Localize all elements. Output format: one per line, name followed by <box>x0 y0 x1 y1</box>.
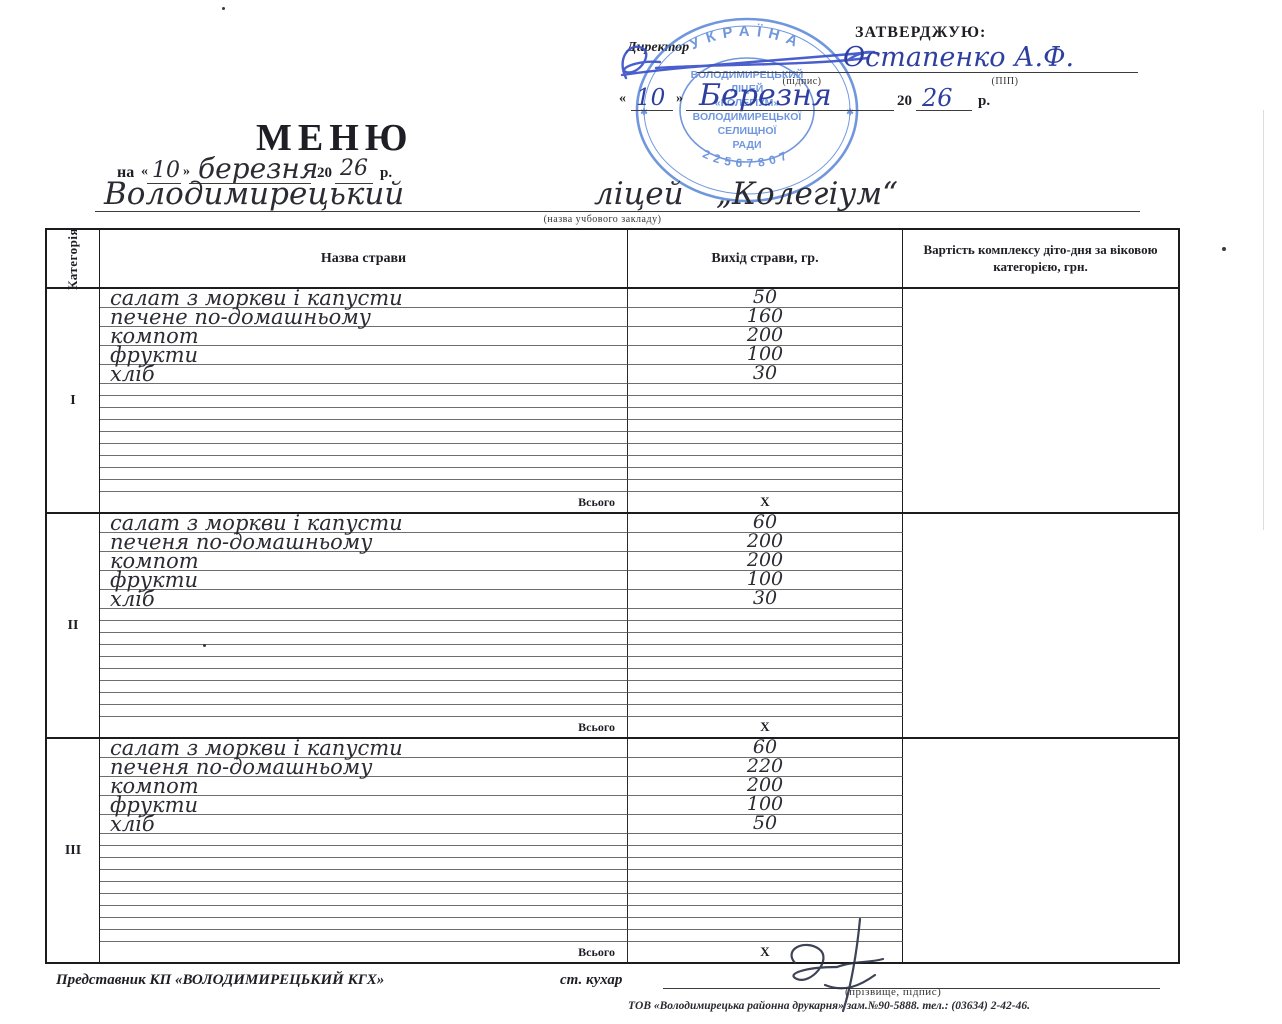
approval-date-close-quote: » <box>676 91 683 107</box>
empty-output-cell <box>628 657 903 669</box>
total-value: Х <box>628 492 903 512</box>
empty-output-cell <box>628 456 903 468</box>
empty-dish-cell <box>100 858 628 870</box>
empty-output-cell <box>628 621 903 633</box>
empty-output-cell <box>628 444 903 456</box>
menu-table: Категорія Назва страви Вихід страви, гр.… <box>45 228 1180 964</box>
total-value: Х <box>628 717 903 737</box>
empty-dish-cell <box>100 645 628 657</box>
approval-date-month: Березня <box>699 78 832 113</box>
empty-dish-cell <box>100 930 628 942</box>
category-label: ІІІ <box>47 739 100 962</box>
empty-dish-cell <box>100 906 628 918</box>
empty-output-cell <box>628 468 903 480</box>
director-name-handwritten: Остапенко А.Ф. <box>843 42 1074 73</box>
empty-output-cell <box>628 846 903 858</box>
empty-dish-cell <box>100 480 628 492</box>
empty-dish-cell <box>100 408 628 420</box>
dish-name: хліб <box>100 365 628 384</box>
category-label: І <box>47 289 100 512</box>
header-dish: Назва страви <box>100 230 628 287</box>
menu-table-header: Категорія Назва страви Вихід страви, гр.… <box>47 230 1178 289</box>
empty-dish-cell <box>100 834 628 846</box>
empty-output-cell <box>628 669 903 681</box>
cost-cell-empty <box>903 514 1178 737</box>
empty-output-cell <box>628 408 903 420</box>
empty-dish-cell <box>100 894 628 906</box>
stamp-line: СЕЛИЩНОЇ <box>718 124 778 137</box>
cost-cell-empty <box>903 739 1178 962</box>
empty-output-cell <box>628 396 903 408</box>
name-caption: (ПІП) <box>975 76 1035 87</box>
empty-output-cell <box>628 834 903 846</box>
school-name-part3: „Колегіум“ <box>716 176 898 212</box>
empty-dish-cell <box>100 705 628 717</box>
empty-output-cell <box>628 705 903 717</box>
empty-dish-cell <box>100 669 628 681</box>
category-label: ІІ <box>47 514 100 737</box>
cost-cell-empty <box>903 289 1178 512</box>
day-underline <box>631 110 673 111</box>
empty-output-cell <box>628 645 903 657</box>
stamp-star-right: ✱ <box>846 107 854 117</box>
empty-output-cell <box>628 420 903 432</box>
total-label: Всього <box>100 717 628 737</box>
school-caption: (назва учбового закладу) <box>500 214 705 225</box>
school-name-part1: Володимирецький <box>104 176 404 212</box>
empty-dish-cell <box>100 444 628 456</box>
dish-output: 30 <box>628 365 903 384</box>
scanned-menu-document: ЗАТВЕРДЖУЮ: Директор УКРАЇНА 22567807 ВО… <box>0 0 1282 1024</box>
empty-output-cell <box>628 681 903 693</box>
year-underline <box>916 110 972 111</box>
printer-info: ТОВ «Володимирецька районна друкарня» за… <box>628 1000 1030 1012</box>
empty-output-cell <box>628 693 903 705</box>
empty-dish-cell <box>100 918 628 930</box>
school-name-part2: ліцей <box>594 176 684 212</box>
approval-year-handwritten: 26 <box>922 84 953 112</box>
category-block-3: ІІІсалат з моркви і капусти60печеня по-д… <box>47 739 1178 962</box>
empty-dish-cell <box>100 846 628 858</box>
approval-year-prefix: 20 <box>897 93 912 110</box>
header-category: Категорія <box>47 230 100 287</box>
scan-edge-line <box>1263 110 1264 530</box>
signature-line <box>697 72 1138 73</box>
total-label: Всього <box>100 942 628 962</box>
approval-date-open-quote: « <box>619 91 626 107</box>
empty-output-cell <box>628 882 903 894</box>
cook-label: ст. кухар <box>560 972 622 989</box>
category-block-1: Ісалат з моркви і капусти50печене по-дом… <box>47 289 1178 514</box>
empty-dish-cell <box>100 456 628 468</box>
dish-name: хліб <box>100 590 628 609</box>
empty-dish-cell <box>100 693 628 705</box>
dish-name: фрукти <box>100 796 628 815</box>
empty-dish-cell <box>100 468 628 480</box>
empty-dish-cell <box>100 396 628 408</box>
empty-output-cell <box>628 633 903 645</box>
empty-dish-cell <box>100 420 628 432</box>
empty-dish-cell <box>100 633 628 645</box>
empty-output-cell <box>628 870 903 882</box>
scan-artifact-dot <box>203 644 206 647</box>
dish-name: хліб <box>100 815 628 834</box>
dish-name: фрукти <box>100 346 628 365</box>
menu-table-body: Ісалат з моркви і капусти50печене по-дом… <box>47 289 1178 962</box>
dish-name: фрукти <box>100 571 628 590</box>
empty-dish-cell <box>100 882 628 894</box>
scan-artifact-dot <box>222 7 225 10</box>
empty-output-cell <box>628 609 903 621</box>
empty-output-cell <box>628 894 903 906</box>
category-block-2: ІІсалат з моркви і капусти60печеня по-до… <box>47 514 1178 739</box>
total-label: Всього <box>100 492 628 512</box>
header-category-label: Категорія <box>65 227 81 289</box>
empty-output-cell <box>628 858 903 870</box>
empty-dish-cell <box>100 384 628 396</box>
header-cost: Вартість комплексу діто-дня за віковою к… <box>903 230 1178 287</box>
empty-output-cell <box>628 480 903 492</box>
empty-dish-cell <box>100 609 628 621</box>
approval-date-day: 10 <box>636 85 665 111</box>
scan-artifact-dot <box>1222 247 1226 251</box>
empty-dish-cell <box>100 657 628 669</box>
dish-output: 30 <box>628 590 903 609</box>
approval-year-suffix: р. <box>978 93 990 110</box>
empty-dish-cell <box>100 870 628 882</box>
empty-output-cell <box>628 384 903 396</box>
empty-dish-cell <box>100 432 628 444</box>
cook-sign-caption: (прізвище, підпис) <box>845 986 941 998</box>
empty-dish-cell <box>100 621 628 633</box>
stamp-line: РАДИ <box>732 139 761 151</box>
school-name-underline <box>95 211 1140 212</box>
month-underline <box>686 110 894 111</box>
header-output: Вихід страви, гр. <box>628 230 903 287</box>
representative-label: Представник КП «ВОЛОДИМИРЕЦЬКИЙ КГХ» <box>56 972 384 989</box>
empty-dish-cell <box>100 681 628 693</box>
dish-output: 50 <box>628 815 903 834</box>
empty-output-cell <box>628 432 903 444</box>
